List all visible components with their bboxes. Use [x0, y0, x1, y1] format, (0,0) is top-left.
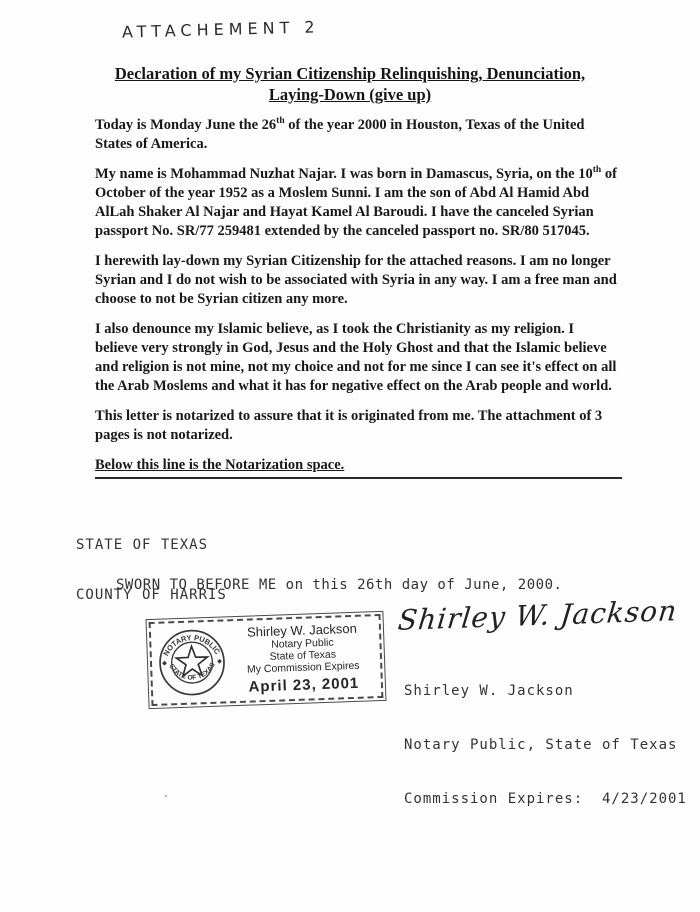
paragraph-laydown: I herewith lay-down my Syrian Citizenshi…: [95, 252, 617, 309]
venue-state-line: STATE OF TEXAS: [76, 537, 227, 554]
signature-block: Shirley W. Jackson Notary Public, State …: [404, 646, 687, 844]
paragraph-date: Today is Monday June the 26th of the yea…: [95, 116, 617, 154]
notarization-divider: Below this line is the Notarization spac…: [95, 456, 622, 479]
seal-left-diamond-icon: [162, 661, 167, 666]
document-title-line2: Laying-Down (give up): [0, 84, 700, 105]
paragraph-identity-text: My name is Mohammad Nuzhat Najar. I was …: [95, 166, 593, 182]
document-title: Declaration of my Syrian Citizenship Rel…: [0, 63, 700, 105]
handwritten-attachment-note: ATTACHEMENT 2: [122, 17, 320, 41]
signature-typed-title: Notary Public, State of Texas: [404, 736, 687, 754]
paragraph-identity: My name is Mohammad Nuzhat Najar. I was …: [95, 165, 617, 241]
superscript-th: th: [593, 165, 601, 175]
signature-typed-expiry: Commission Expires: 4/23/2001: [404, 790, 687, 808]
notary-stamp: NOTARY PUBLIC STATE OF TEXAS Shirley W. …: [146, 611, 387, 709]
document-body: Today is Monday June the 26th of the yea…: [95, 116, 617, 479]
stamp-expiry-date: April 23, 2001: [233, 673, 376, 697]
paragraph-denounce: I also denounce my Islamic believe, as I…: [95, 320, 617, 396]
notary-stamp-border: NOTARY PUBLIC STATE OF TEXAS Shirley W. …: [149, 614, 384, 706]
seal-right-diamond-icon: [217, 659, 222, 664]
notary-stamp-text: Shirley W. Jackson Notary Public State o…: [231, 620, 375, 697]
document-title-line1: Declaration of my Syrian Citizenship Rel…: [0, 63, 700, 84]
document-page: ATTACHEMENT 2 Declaration of my Syrian C…: [0, 0, 700, 912]
signature-typed-name: Shirley W. Jackson: [404, 682, 687, 700]
notarization-divider-label: Below this line is the Notarization spac…: [95, 457, 344, 473]
notary-seal: NOTARY PUBLIC STATE OF TEXAS: [157, 627, 227, 697]
superscript-th: th: [276, 116, 284, 126]
notary-signature: Shirley W. Jackson: [396, 594, 679, 637]
scan-speck: [165, 795, 167, 797]
paragraph-date-text: Today is Monday June the 26: [95, 117, 276, 133]
paragraph-notarized: This letter is notarized to assure that …: [95, 407, 617, 445]
sworn-statement: SWORN TO BEFORE ME on this 26th day of J…: [116, 577, 562, 593]
